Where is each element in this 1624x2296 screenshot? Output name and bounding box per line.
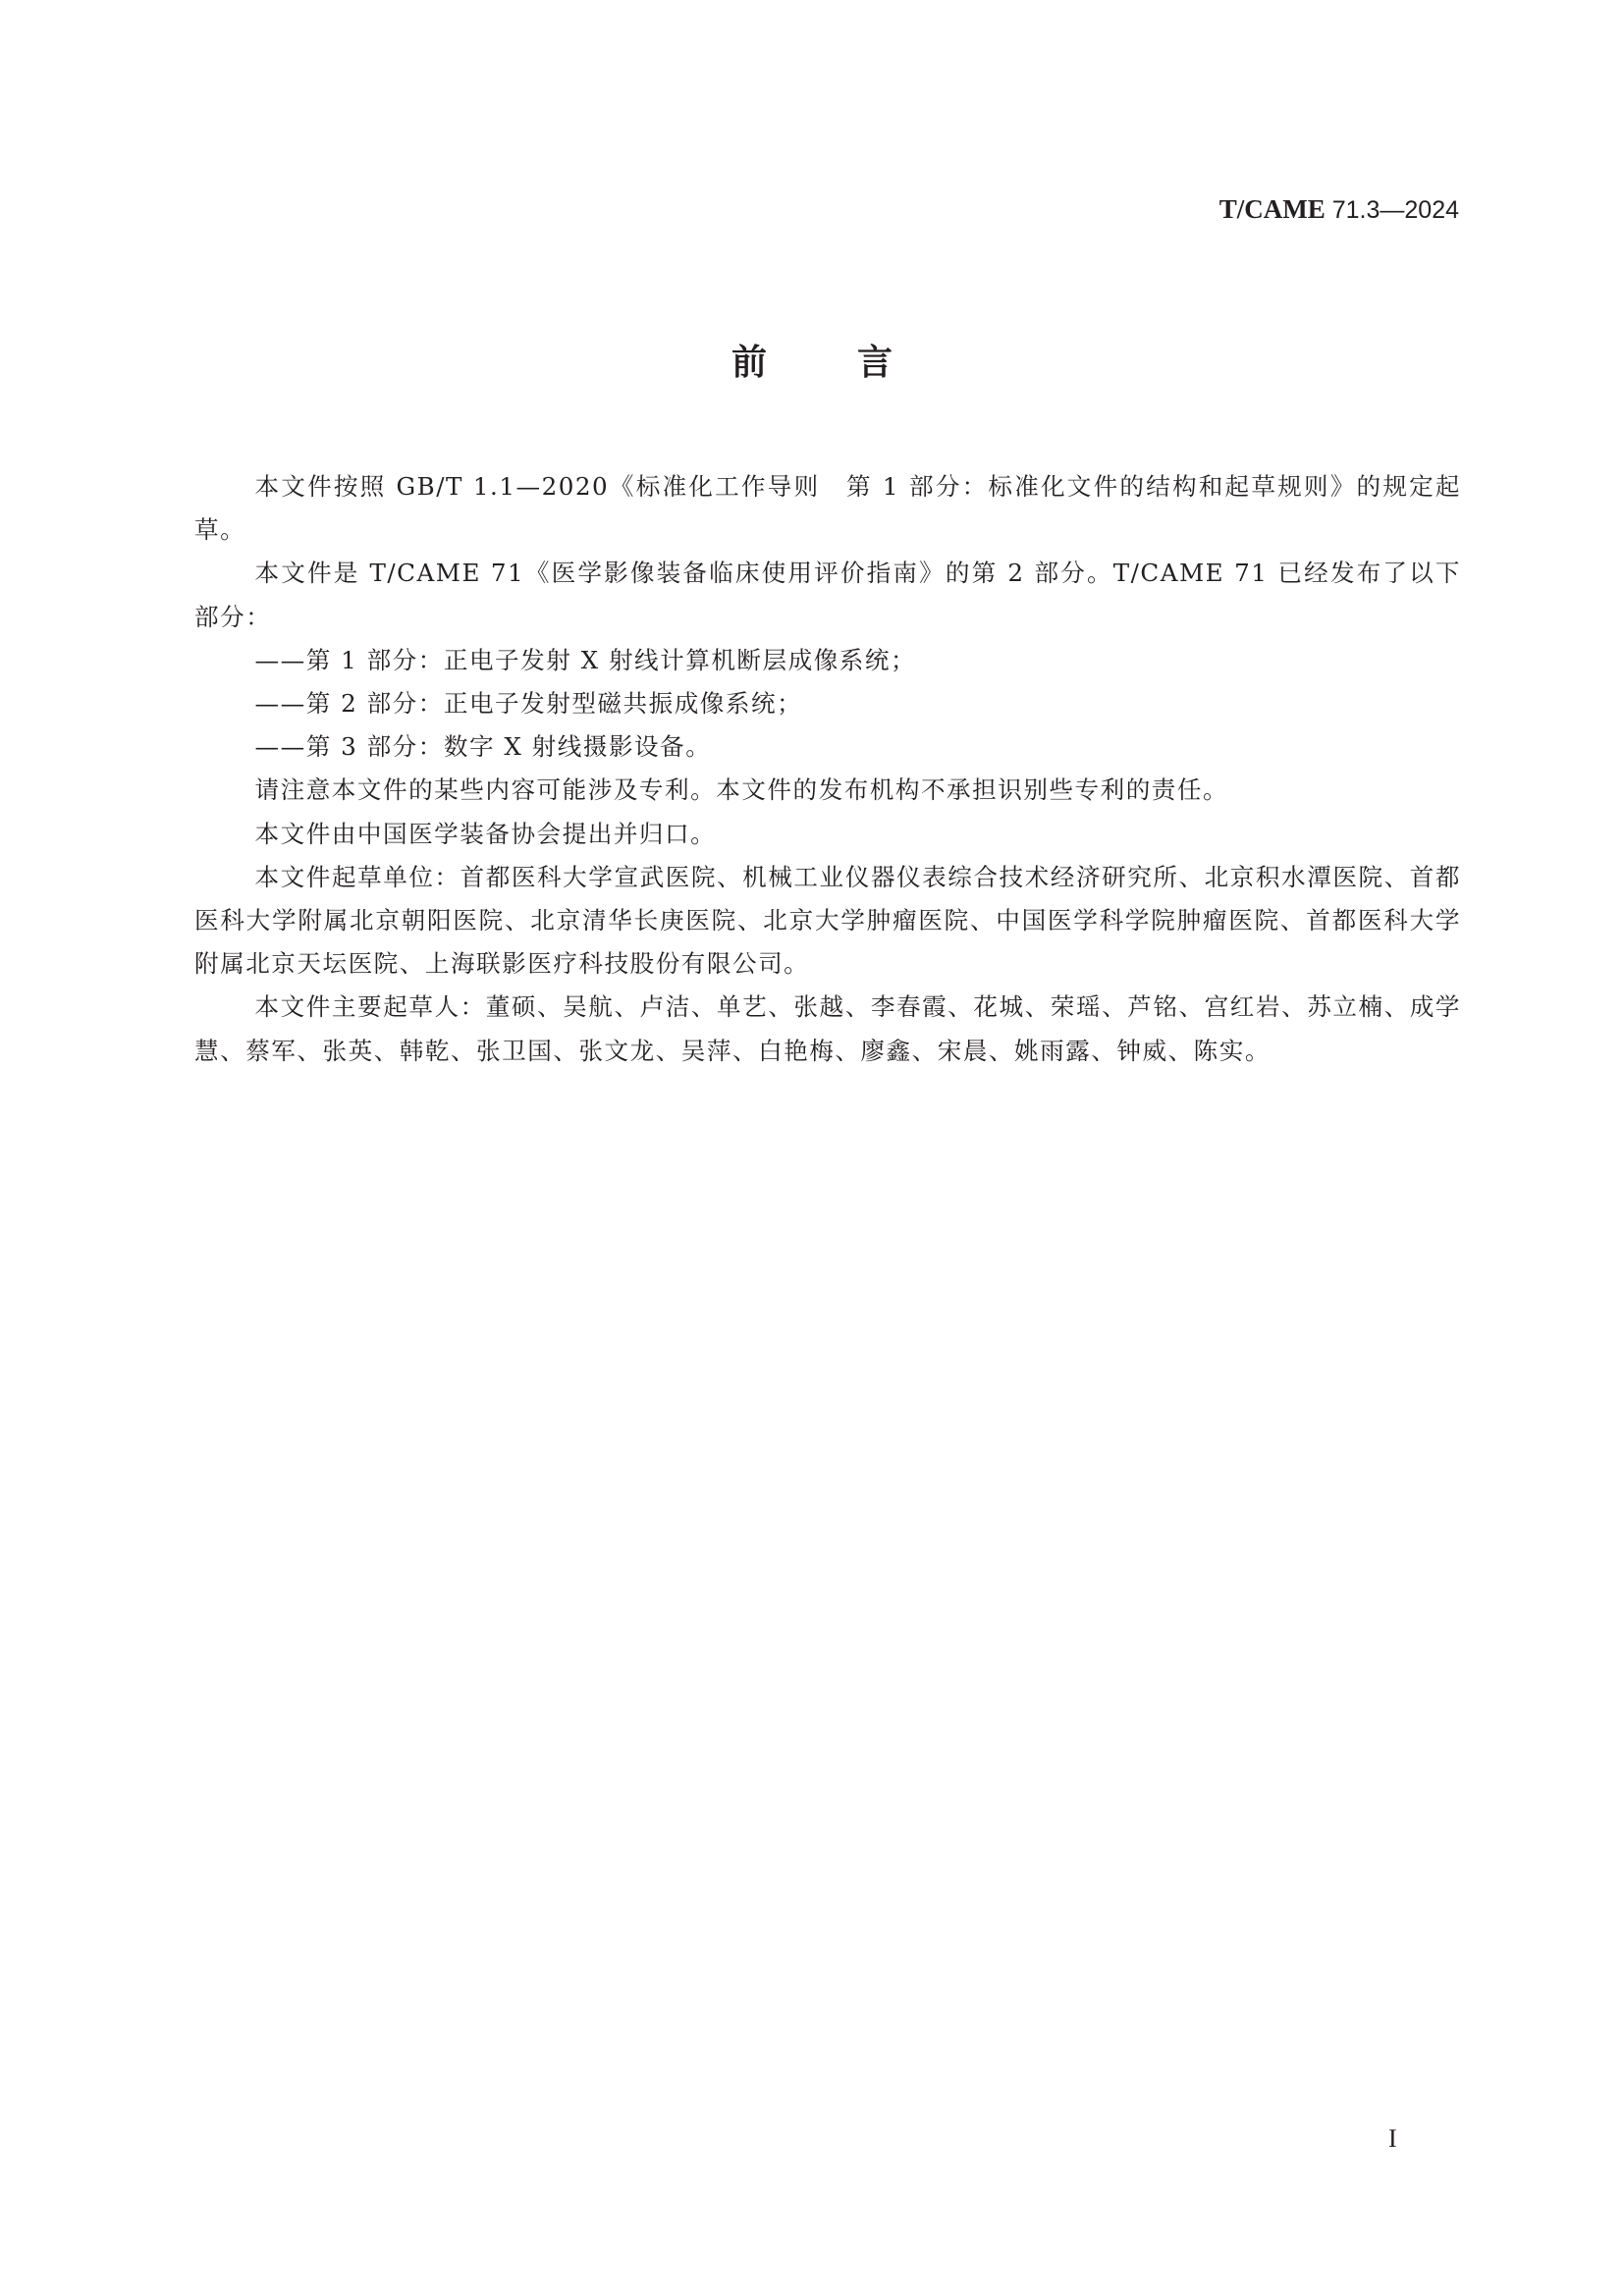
- document-code-number: 71.3—2024: [1326, 196, 1459, 224]
- paragraph-proposer: 本文件由中国医学装备协会提出并归口。: [194, 813, 1461, 856]
- document-code: T/CAME 71.3—2024: [1219, 192, 1459, 227]
- paragraph-drafting-units: 本文件起草单位：首都医科大学宣武医院、机械工业仪器仪表综合技术经济研究所、北京积…: [194, 856, 1461, 987]
- page-title-char-1: 前: [731, 339, 767, 388]
- list-item-part-1: ——第 1 部分：正电子发射 X 射线计算机断层成像系统；: [194, 639, 1461, 682]
- paragraph-drafters: 本文件主要起草人：董硕、吴航、卢洁、单艺、张越、李春霞、花城、荣瑶、芦铭、宫红岩…: [194, 986, 1461, 1072]
- paragraph-part-statement: 本文件是 T/CAME 71《医学影像装备临床使用评价指南》的第 2 部分。T/…: [194, 552, 1461, 638]
- page-title: 前言: [0, 339, 1624, 388]
- foreword-body: 本文件按照 GB/T 1.1—2020《标准化工作导则 第 1 部分：标准化文件…: [194, 465, 1461, 1073]
- list-item-part-2: ——第 2 部分：正电子发射型磁共振成像系统；: [194, 682, 1461, 725]
- list-item-part-3: ——第 3 部分：数字 X 射线摄影设备。: [194, 725, 1461, 769]
- paragraph-patent-notice: 请注意本文件的某些内容可能涉及专利。本文件的发布机构不承担识别些专利的责任。: [194, 769, 1461, 812]
- document-code-prefix: T/CAME: [1219, 194, 1326, 224]
- paragraph-drafting-rules: 本文件按照 GB/T 1.1—2020《标准化工作导则 第 1 部分：标准化文件…: [194, 465, 1461, 552]
- page-title-char-2: 言: [857, 339, 893, 388]
- page-number: I: [1388, 2122, 1397, 2156]
